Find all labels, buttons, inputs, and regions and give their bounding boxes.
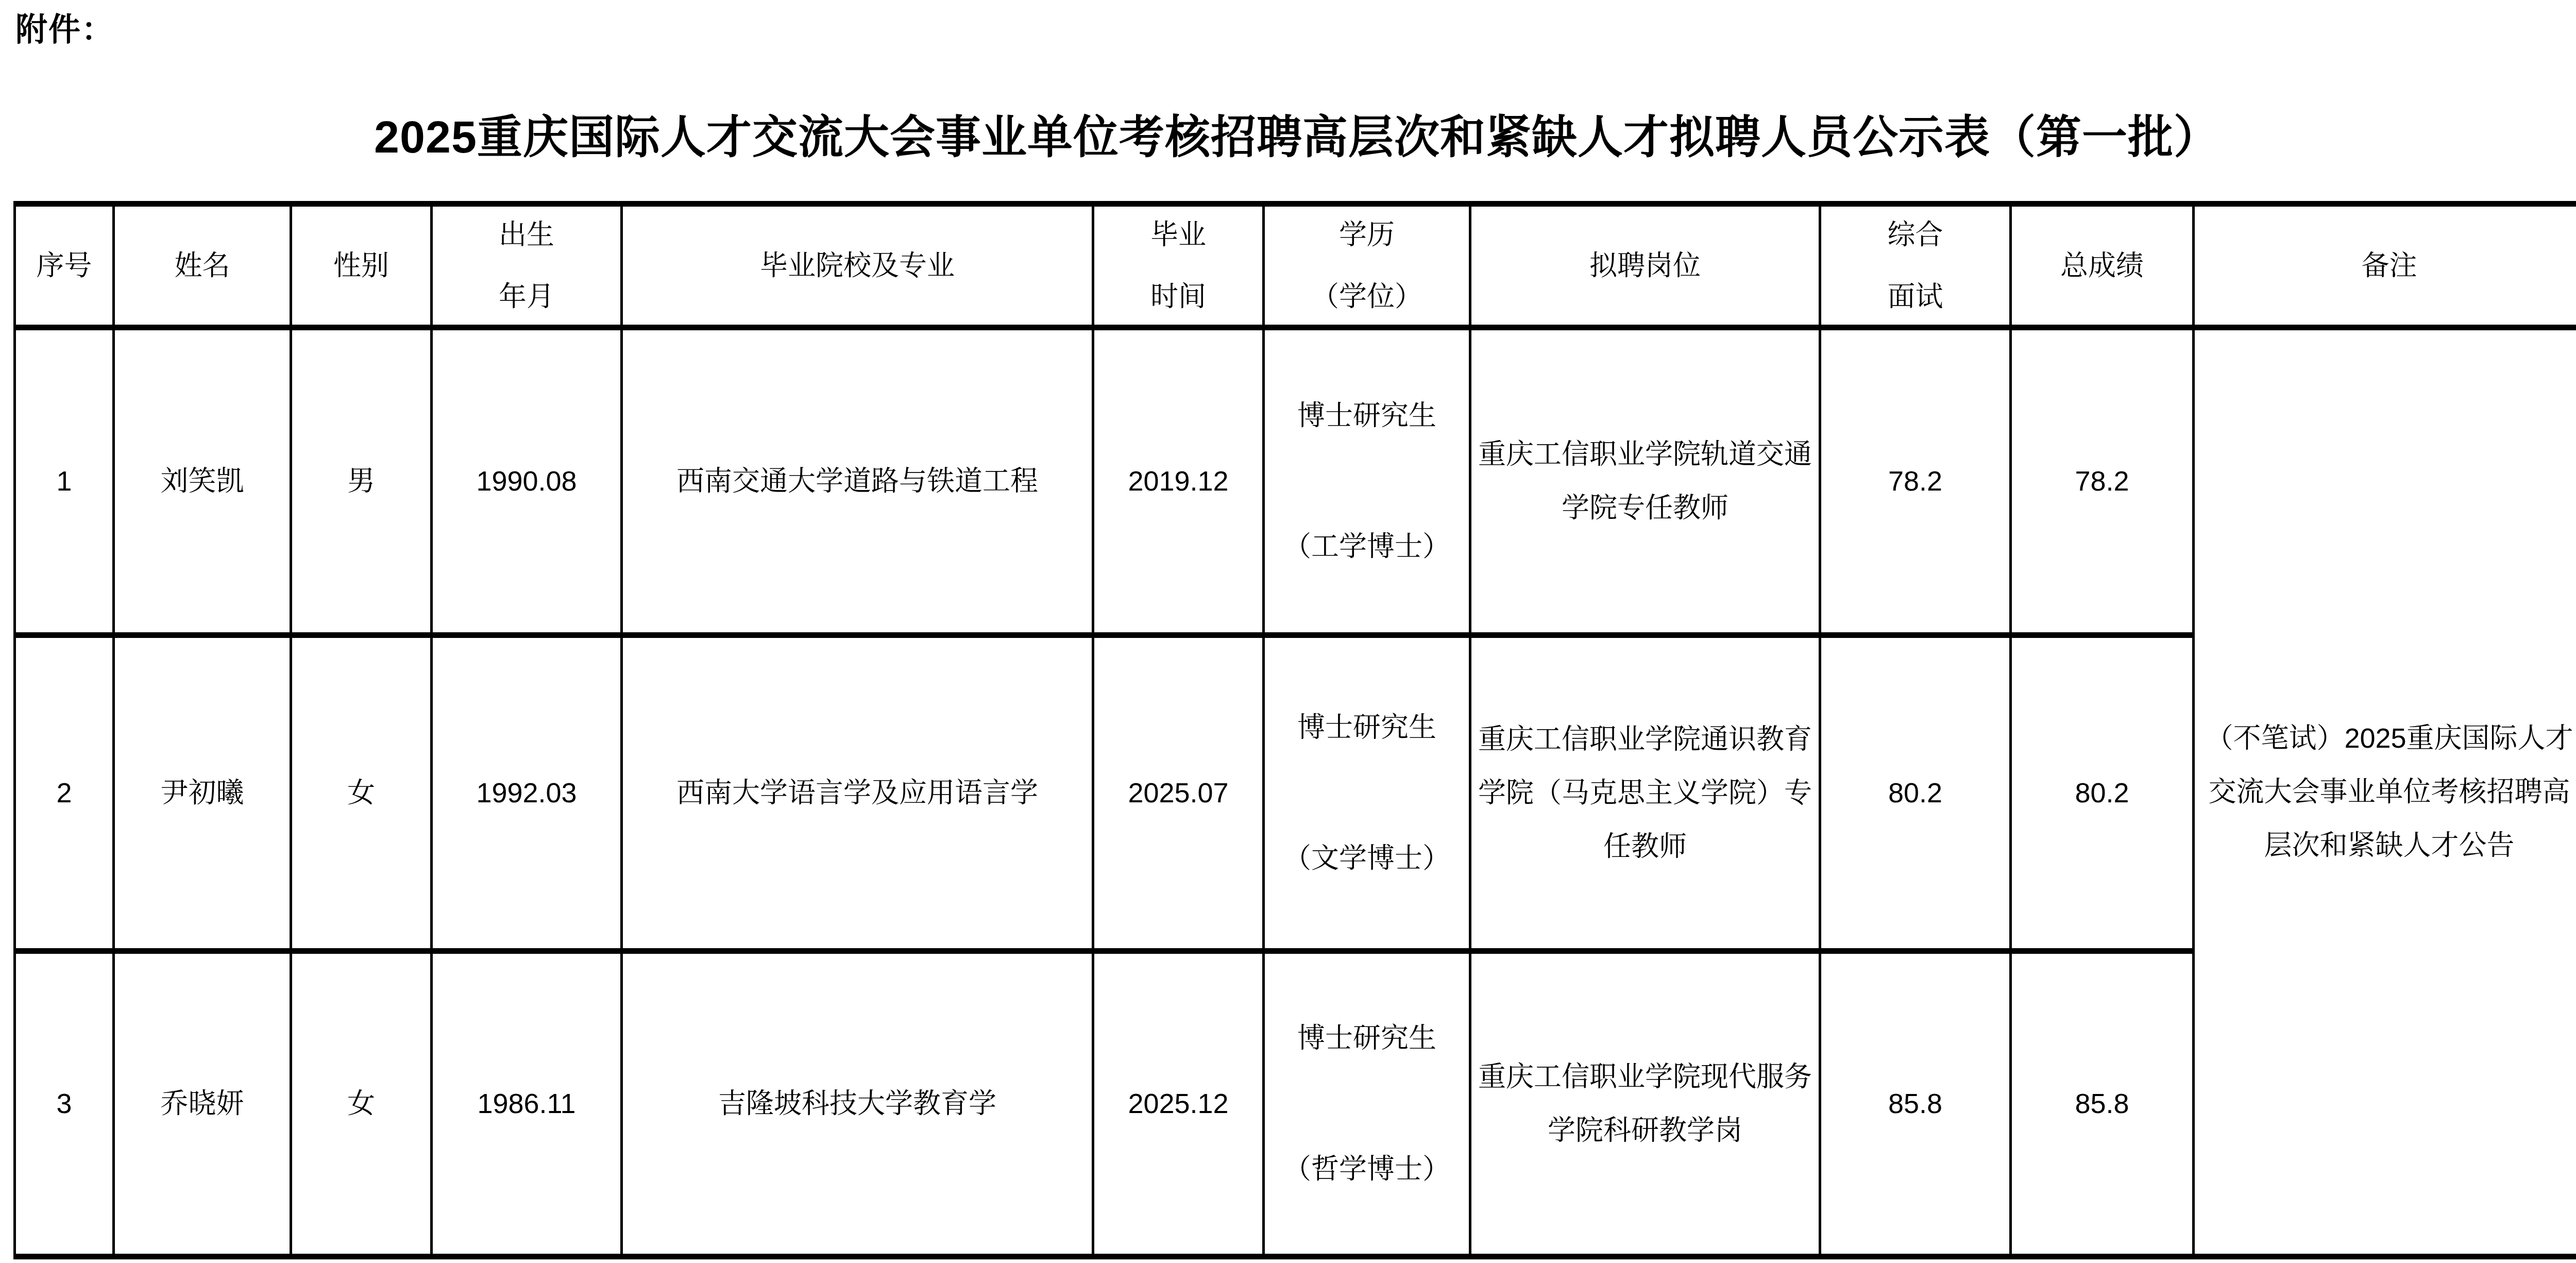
row1-degree-line2: （工学博士） [1283,520,1450,574]
header-birth-line2: 年月 [499,270,554,324]
row3-school-cell: 吉隆坡科技大学教育学 [622,951,1093,1257]
table-row-3: 3 乔晓妍 女 1986.11 吉隆坡科技大学教育学 2025.12 博士研究生… [15,951,2576,1257]
row3-interview-cell: 85.8 [1820,951,2011,1257]
header-grad-line1: 毕业 [1150,208,1206,262]
header-interview-line2: 面试 [1888,270,1943,324]
row3-degree-line1: 博士研究生 [1297,1012,1436,1065]
row1-degree-cell: 博士研究生 （工学博士） [1264,328,1470,635]
header-gender-label: 性别 [333,250,389,281]
table-row-2: 2 尹初曦 女 1992.03 西南大学语言学及应用语言学 2025.07 博士… [15,635,2576,951]
header-birth-line1: 出生 [499,208,554,262]
table-header-row: 序号 姓名 性别 出生 年月 毕业院校及专业 毕业 时间 [15,204,2576,328]
row1-school-cell: 西南交通大学道路与铁道工程 [622,328,1093,635]
header-grad-stack: 毕业 时间 [1094,208,1262,324]
header-total-label: 总成绩 [2060,250,2144,281]
row1-position-cell: 重庆工信职业学院轨道交通学院专任教师 [1470,328,1820,635]
publicity-table: 序号 姓名 性别 出生 年月 毕业院校及专业 毕业 时间 [13,201,2576,1259]
remark-merged-cell: （不笔试）2025重庆国际人才交流大会事业单位考核招聘高层次和紧缺人才公告 [2194,328,2576,1257]
attachment-label: 附件： [15,4,114,50]
header-name: 姓名 [114,204,291,328]
row2-gender-cell: 女 [291,635,432,951]
header-degree-line2: （学位） [1311,270,1422,324]
row3-position-cell: 重庆工信职业学院现代服务学院科研教学岗 [1470,951,1820,1257]
page-title: 2025重庆国际人才交流大会事业单位考核招聘高层次和紧缺人才拟聘人员公示表（第一… [0,101,2576,166]
row2-seq-cell: 2 [15,635,114,951]
row3-birth-cell: 1986.11 [432,951,622,1257]
row2-birth-cell: 1992.03 [432,635,622,951]
header-interview-stack: 综合 面试 [1821,208,2009,324]
row1-grad-cell: 2019.12 [1093,328,1264,635]
row1-gender-cell: 男 [291,328,432,635]
row1-name-cell: 刘笑凯 [114,328,291,635]
header-birth: 出生 年月 [432,204,622,328]
document-page: 附件： 2025重庆国际人才交流大会事业单位考核招聘高层次和紧缺人才拟聘人员公示… [0,0,2576,1263]
header-interview-line1: 综合 [1888,208,1943,262]
header-degree-line1: 学历 [1339,208,1395,262]
row3-total-cell: 85.8 [2011,951,2194,1257]
header-remark: 备注 [2194,204,2576,328]
header-name-label: 姓名 [175,250,230,281]
header-total: 总成绩 [2011,204,2194,328]
row2-grad-cell: 2025.07 [1093,635,1264,951]
header-school: 毕业院校及专业 [622,204,1093,328]
row2-degree-line1: 博士研究生 [1297,701,1436,754]
row3-name-cell: 乔晓妍 [114,951,291,1257]
row2-degree-cell: 博士研究生 （文学博士） [1264,635,1470,951]
header-degree: 学历 （学位） [1264,204,1470,328]
header-remark-label: 备注 [2362,250,2417,281]
row1-seq-cell: 1 [15,328,114,635]
row3-grad-cell: 2025.12 [1093,951,1264,1257]
row2-school-cell: 西南大学语言学及应用语言学 [622,635,1093,951]
header-position-label: 拟聘岗位 [1589,250,1701,281]
header-grad-line2: 时间 [1150,270,1206,324]
header-gender: 性别 [291,204,432,328]
header-school-label: 毕业院校及专业 [760,250,955,281]
row2-position-cell: 重庆工信职业学院通识教育学院（马克思主义学院）专任教师 [1470,635,1820,951]
row1-interview-cell: 78.2 [1820,328,2011,635]
row1-degree-stack: 博士研究生 （工学博士） [1265,389,1469,574]
row2-interview-cell: 80.2 [1820,635,2011,951]
header-grad: 毕业 时间 [1093,204,1264,328]
row1-total-cell: 78.2 [2011,328,2194,635]
row2-total-cell: 80.2 [2011,635,2194,951]
row3-degree-stack: 博士研究生 （哲学博士） [1265,1012,1469,1196]
row2-name-cell: 尹初曦 [114,635,291,951]
row2-degree-line2: （文学博士） [1283,832,1450,885]
row3-gender-cell: 女 [291,951,432,1257]
header-seq: 序号 [15,204,114,328]
header-seq-label: 序号 [37,250,92,281]
row3-degree-cell: 博士研究生 （哲学博士） [1264,951,1470,1257]
header-birth-stack: 出生 年月 [433,208,620,324]
header-interview: 综合 面试 [1820,204,2011,328]
row3-degree-line2: （哲学博士） [1283,1142,1450,1196]
header-position: 拟聘岗位 [1470,204,1820,328]
row1-birth-cell: 1990.08 [432,328,622,635]
row1-degree-line1: 博士研究生 [1297,389,1436,443]
row3-seq-cell: 3 [15,951,114,1257]
row2-degree-stack: 博士研究生 （文学博士） [1265,701,1469,885]
table-row-1: 1 刘笑凯 男 1990.08 西南交通大学道路与铁道工程 2019.12 博士… [15,328,2576,635]
header-degree-stack: 学历 （学位） [1265,208,1469,324]
